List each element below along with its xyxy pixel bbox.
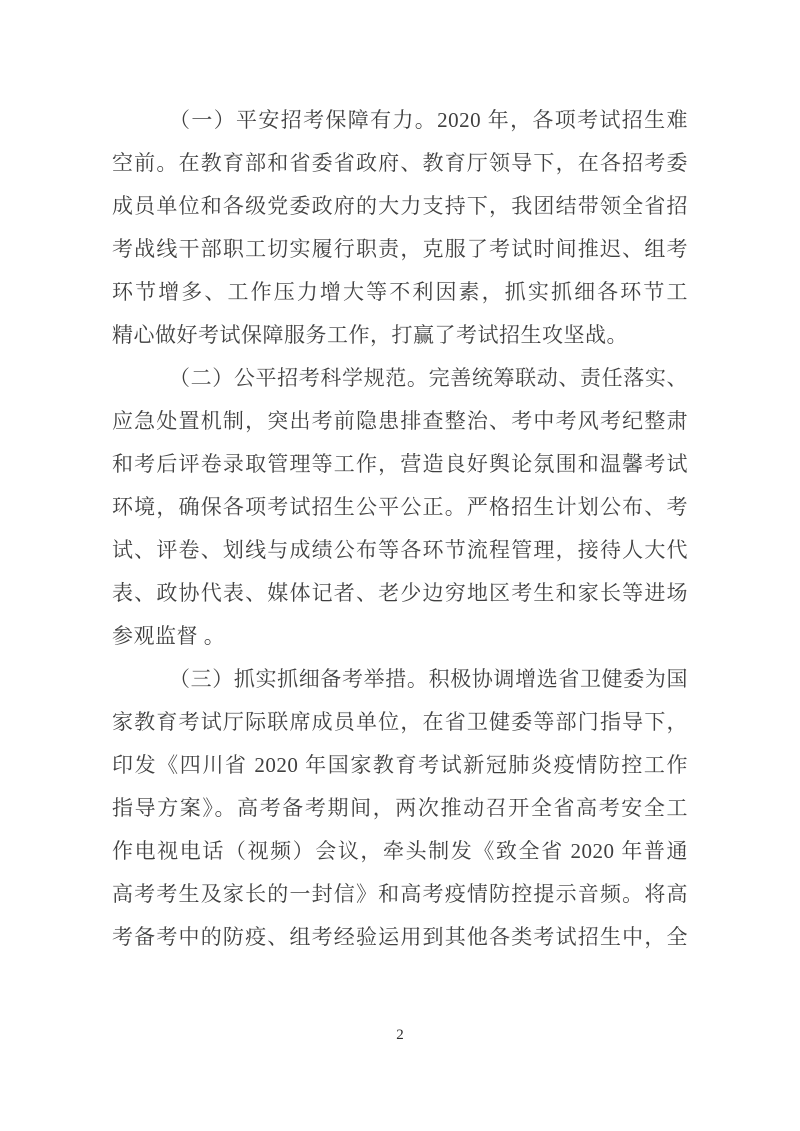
text-line: 精心做好考试保障服务工作，打赢了考试招生攻坚战。 xyxy=(112,314,688,357)
text-line: 表、政协代表、媒体记者、老少边穷地区考生和家长等进场 xyxy=(112,572,688,615)
text-line: 高考考生及家长的一封信》和高考疫情防控提示音频。将高 xyxy=(112,873,688,916)
text-line: 印发《四川省 2020 年国家教育考试新冠肺炎疫情防控工作 xyxy=(112,744,688,787)
text-line: （三）抓实抓细备考举措。积极协调增选省卫健委为国 xyxy=(112,658,688,701)
text-line: 参观监督 。 xyxy=(112,615,688,658)
text-line: 试、评卷、划线与成绩公布等各环节流程管理，接待人大代 xyxy=(112,529,688,572)
text-line: 指导方案》。高考备考期间，两次推动召开全省高考安全工 xyxy=(112,787,688,830)
text-line: 环节增多、工作压力增大等不利因素，抓实抓细各环节工作， xyxy=(112,271,688,314)
text-line: 考备考中的防疫、组考经验运用到其他各类考试招生中，全 xyxy=(112,916,688,959)
text-line: 环境，确保各项考试招生公平公正。严格招生计划公布、考 xyxy=(112,486,688,529)
text-line: 考战线干部职工切实履行职责，克服了考试时间推迟、组考 xyxy=(112,228,688,271)
text-line: 空前。在教育部和省委省政府、教育厅领导下，在各招考委 xyxy=(112,142,688,185)
paragraph: （一）平安招考保障有力。2020 年，各项考试招生难度空前。在教育部和省委省政府… xyxy=(112,99,688,357)
paragraph: （二）公平招考科学规范。完善统筹联动、责任落实、应急处置机制，突出考前隐患排查整… xyxy=(112,357,688,658)
page-number: 2 xyxy=(396,1027,404,1043)
text-line: 和考后评卷录取管理等工作，营造良好舆论氛围和温馨考试 xyxy=(112,443,688,486)
document-page: （一）平安招考保障有力。2020 年，各项考试招生难度空前。在教育部和省委省政府… xyxy=(0,0,800,1131)
page-footer: 2 xyxy=(0,1026,800,1044)
text-line: 应急处置机制，突出考前隐患排查整治、考中考风考纪整肃 xyxy=(112,400,688,443)
text-line: 作电视电话（视频）会议，牵头制发《致全省 2020 年普通 xyxy=(112,830,688,873)
text-line: （二）公平招考科学规范。完善统筹联动、责任落实、 xyxy=(112,357,688,400)
text-line: （一）平安招考保障有力。2020 年，各项考试招生难度 xyxy=(112,99,688,142)
document-body: （一）平安招考保障有力。2020 年，各项考试招生难度空前。在教育部和省委省政府… xyxy=(112,99,688,959)
paragraph: （三）抓实抓细备考举措。积极协调增选省卫健委为国家教育考试厅际联席成员单位，在省… xyxy=(112,658,688,959)
text-line: 成员单位和各级党委政府的大力支持下，我团结带领全省招 xyxy=(112,185,688,228)
text-line: 家教育考试厅际联席成员单位，在省卫健委等部门指导下， xyxy=(112,701,688,744)
